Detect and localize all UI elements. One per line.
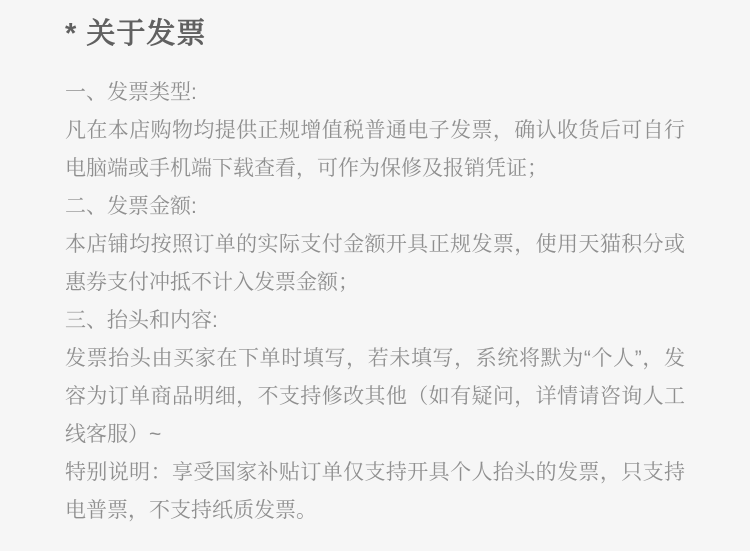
notice-content: 一、发票类型: 凡在本店购物均提供正规增值税普通电子发票，确认收货后可自行在 电… bbox=[65, 74, 685, 530]
section-heading-invoice-amount: 二、发票金额: bbox=[65, 188, 685, 226]
invoice-notice-page: * 关于发票 一、发票类型: 凡在本店购物均提供正规增值税普通电子发票，确认收货… bbox=[0, 0, 750, 551]
text-line: 凡在本店购物均提供正规增值税普通电子发票，确认收货后可自行在 bbox=[65, 112, 685, 150]
text-line: 电脑端或手机端下载查看，可作为保修及报销凭证； bbox=[65, 150, 685, 188]
section-heading-title-and-content: 三、抬头和内容: bbox=[65, 302, 685, 340]
text-line: 惠券支付冲抵不计入发票金额； bbox=[65, 264, 685, 302]
section-heading-invoice-type: 一、发票类型: bbox=[65, 74, 685, 112]
text-line: 本店铺均按照订单的实际支付金额开具正规发票，使用天猫积分或优 bbox=[65, 226, 685, 264]
special-note-line: 特别说明：享受国家补贴订单仅支持开具个人抬头的发票，只支持数 bbox=[65, 454, 685, 492]
page-title: * 关于发票 bbox=[65, 14, 685, 54]
special-note-line: 电普票，不支持纸质发票。 bbox=[65, 492, 685, 530]
text-line: 线客服）~ bbox=[65, 416, 685, 454]
text-line: 容为订单商品明细，不支持修改其他（如有疑问，详情请咨询人工在 bbox=[65, 378, 685, 416]
text-line: 发票抬头由买家在下单时填写，若未填写，系统将默为“个人”，发票内 bbox=[65, 340, 685, 378]
